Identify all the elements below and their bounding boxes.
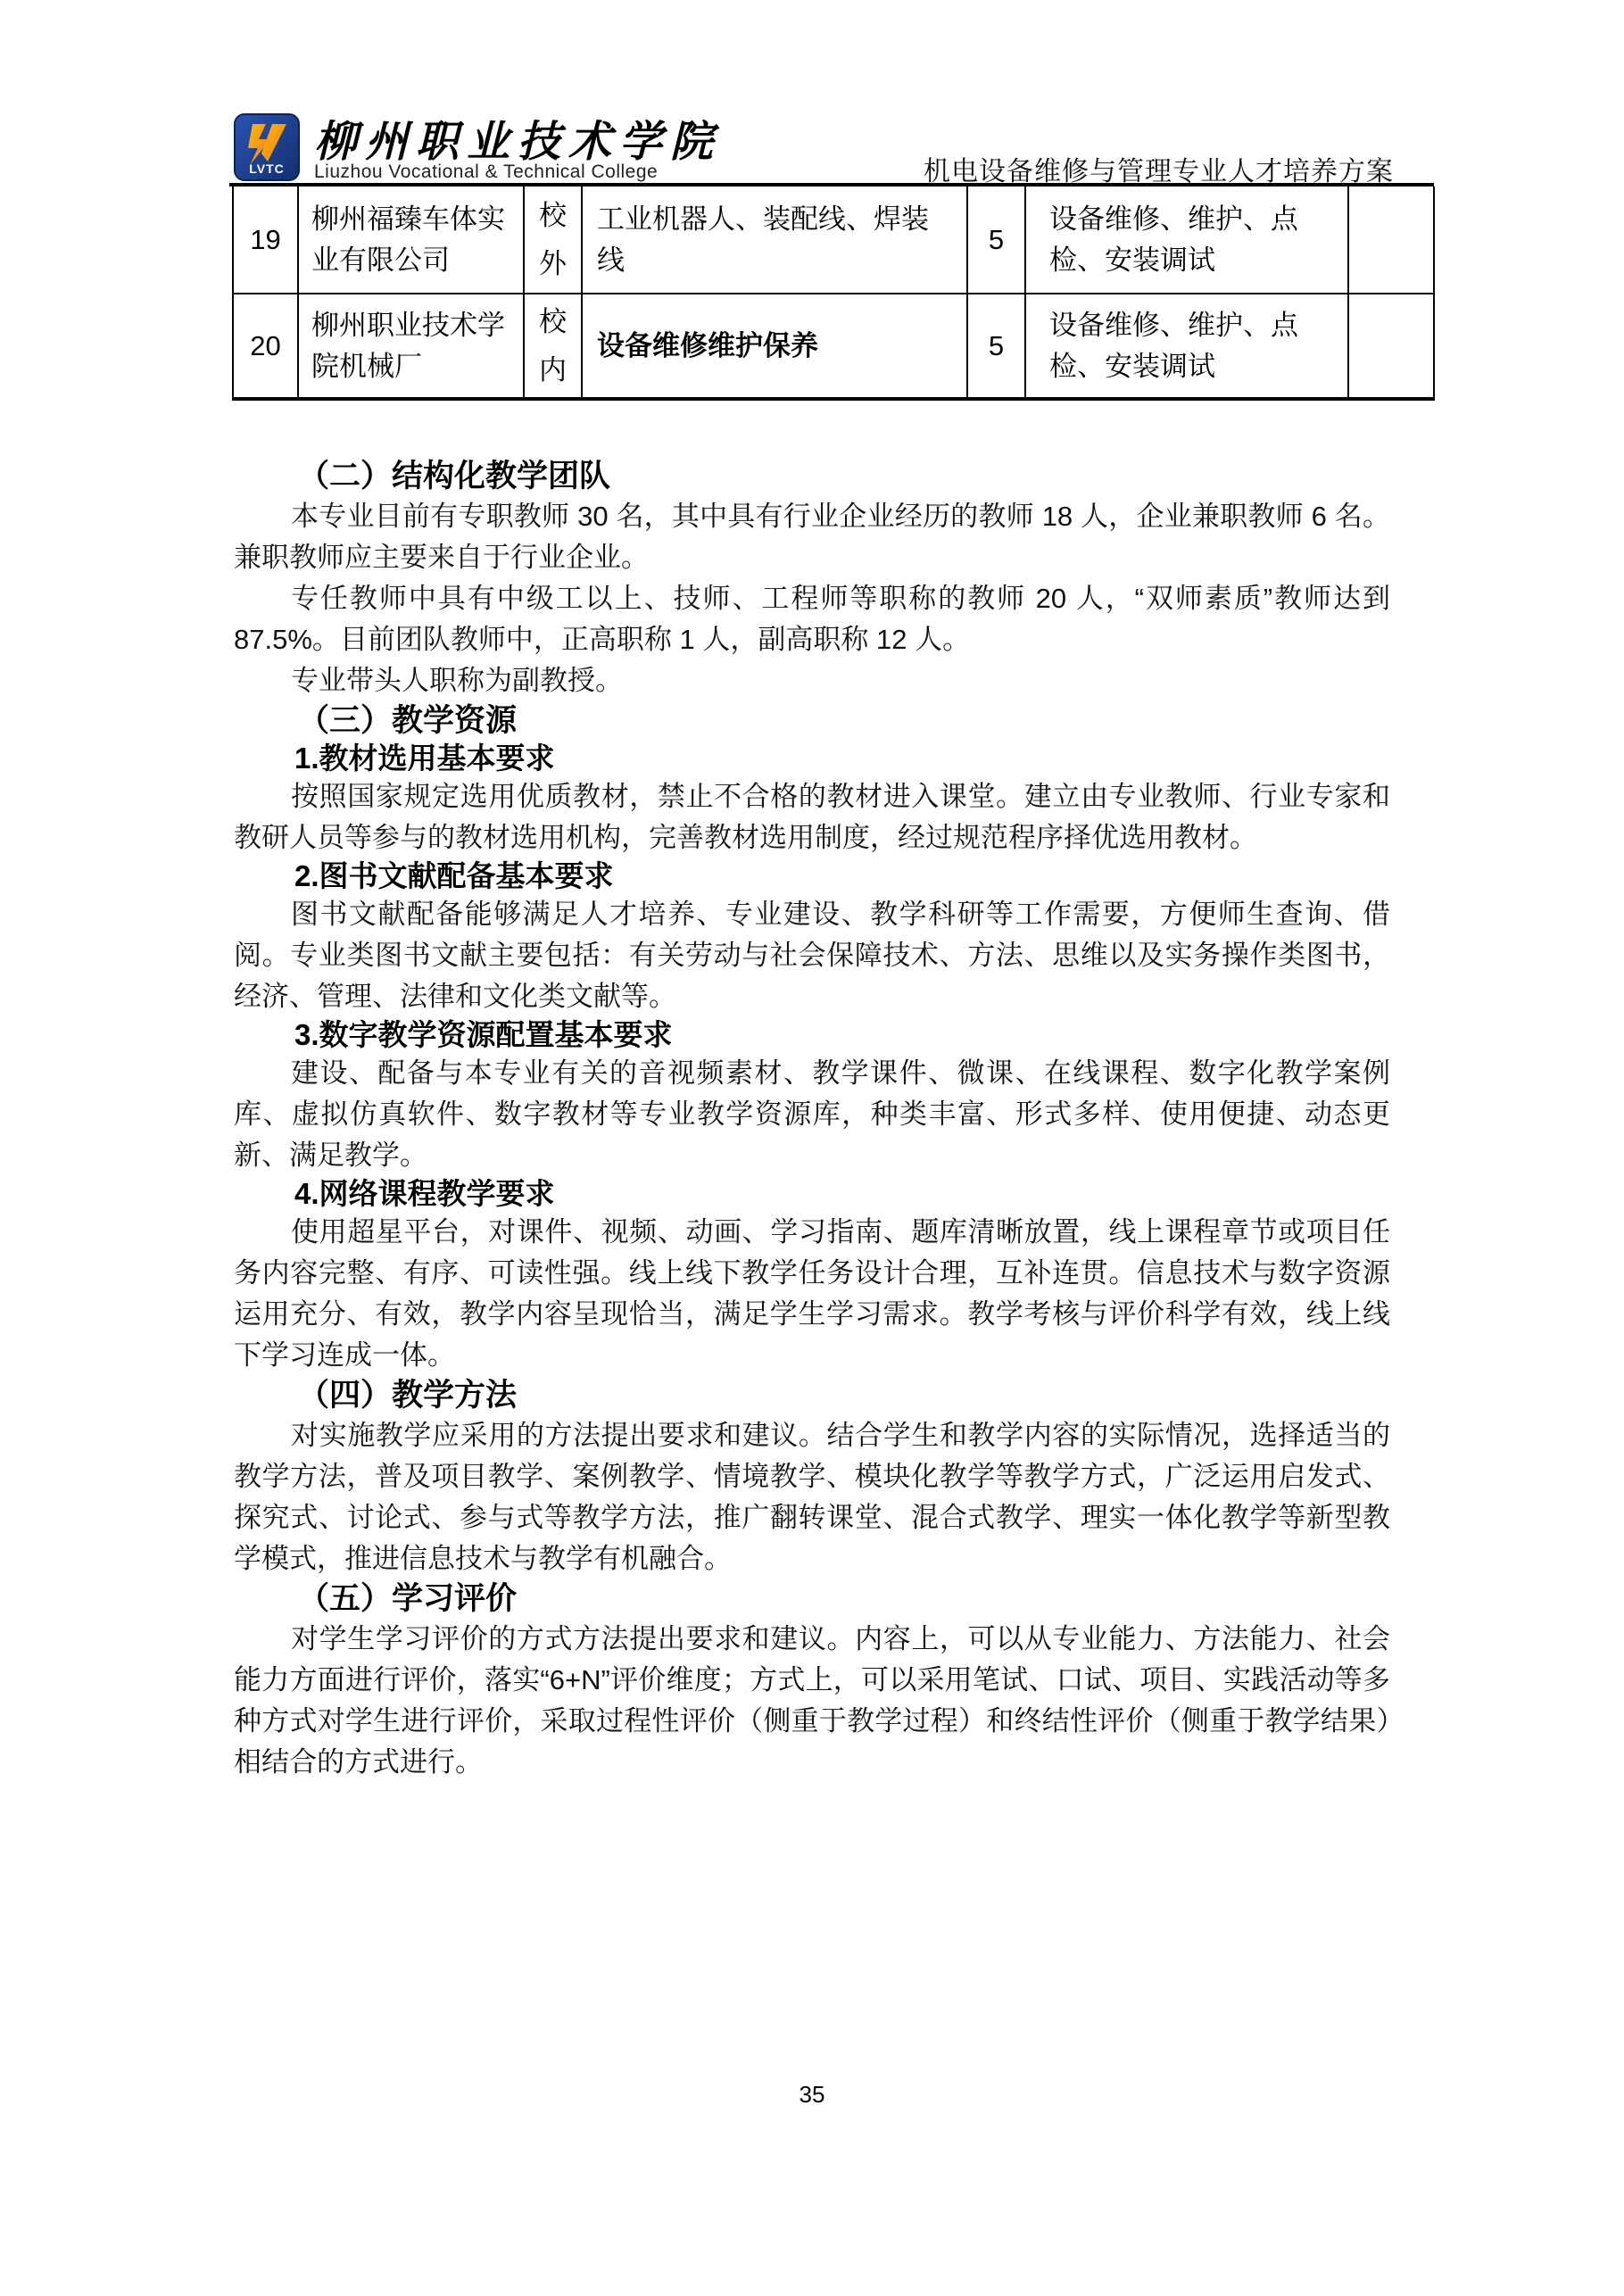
campus-location: 校内 — [524, 294, 582, 399]
subsection-title-digital-resources: 3.数字教学资源配置基本要求 — [294, 1017, 1390, 1053]
lvtc-logo: LVTC — [234, 113, 300, 181]
subsection-title-online-course: 4.网络课程教学要求 — [294, 1176, 1390, 1212]
paragraph: 建设、配备与本专业有关的音视频素材、教学课件、微课、在线课程、数字化教学案例库、… — [234, 1053, 1390, 1176]
paragraph: 对学生学习评价的方式方法提出要求和建议。内容上，可以从专业能力、方法能力、社会能… — [234, 1619, 1390, 1783]
training-base-table: 19 柳州福臻车体实业有限公司 校外 工业机器人、装配线、焊装线 5 设备维修、… — [232, 186, 1435, 401]
section-heading-teaching-team: （二）结构化教学团队 — [298, 457, 1390, 496]
row-number: 20 — [233, 294, 298, 399]
campus-location: 校外 — [524, 186, 582, 294]
count-cell: 5 — [967, 186, 1025, 294]
paragraph: 按照国家规定选用优质教材，禁止不合格的教材进入课堂。建立由专业教师、行业专家和教… — [234, 776, 1390, 858]
paragraph: 对实施教学应采用的方法提出要求和建议。结合学生和教学内容的实际情况，选择适当的教… — [234, 1415, 1390, 1579]
count-cell: 5 — [967, 294, 1025, 399]
company-name: 柳州职业技术学院机械厂 — [298, 294, 524, 399]
row-number: 19 — [233, 186, 298, 294]
college-name-en: Liuzhou Vocational & Technical College — [314, 162, 658, 183]
paragraph: 本专业目前有专职教师 30 名，其中具有行业企业经历的教师 18 人，企业兼职教… — [234, 496, 1390, 578]
paragraph: 专任教师中具有中级工以上、技师、工程师等职称的教师 20 人，“双师素质”教师达… — [234, 578, 1390, 660]
college-name-cn: 柳州职业技术学院 — [314, 107, 721, 169]
facilities-cell: 工业机器人、装配线、焊装线 — [582, 186, 967, 294]
lvtc-logo-icon: LVTC — [234, 113, 300, 181]
paragraph: 使用超星平台，对课件、视频、动画、学习指南、题库清晰放置，线上课程章节或项目任务… — [234, 1212, 1390, 1376]
document-body: （二）结构化教学团队 本专业目前有专职教师 30 名，其中具有行业企业经历的教师… — [234, 457, 1390, 1783]
section-heading-learning-evaluation: （五）学习评价 — [298, 1579, 1390, 1619]
note-cell — [1348, 294, 1434, 399]
section-heading-teaching-methods: （四）教学方法 — [298, 1376, 1390, 1415]
paragraph: 图书文献配备能够满足人才培养、专业建设、教学科研等工作需要，方便师生查询、借阅。… — [234, 894, 1390, 1017]
section-heading-teaching-resources: （三）教学资源 — [298, 701, 1390, 741]
company-name: 柳州福臻车体实业有限公司 — [298, 186, 524, 294]
table-row: 20 柳州职业技术学院机械厂 校内 设备维修维护保养 5 设备维修、维护、点检、… — [233, 294, 1434, 399]
note-cell — [1348, 186, 1434, 294]
table-row: 19 柳州福臻车体实业有限公司 校外 工业机器人、装配线、焊装线 5 设备维修、… — [233, 186, 1434, 294]
page-number: 35 — [0, 2081, 1624, 2109]
paragraph: 专业带头人职称为副教授。 — [234, 660, 1390, 701]
facilities-cell: 设备维修维护保养 — [582, 294, 967, 399]
document-page: LVTC 柳州职业技术学院 Liuzhou Vocational & Techn… — [0, 0, 1624, 2296]
subsection-title-library: 2.图书文献配备基本要求 — [294, 858, 1390, 894]
duties-cell: 设备维修、维护、点检、安装调试 — [1025, 294, 1348, 399]
duties-cell: 设备维修、维护、点检、安装调试 — [1025, 186, 1348, 294]
subsection-title-textbooks: 1.教材选用基本要求 — [294, 741, 1390, 776]
svg-text:LVTC: LVTC — [249, 162, 285, 176]
